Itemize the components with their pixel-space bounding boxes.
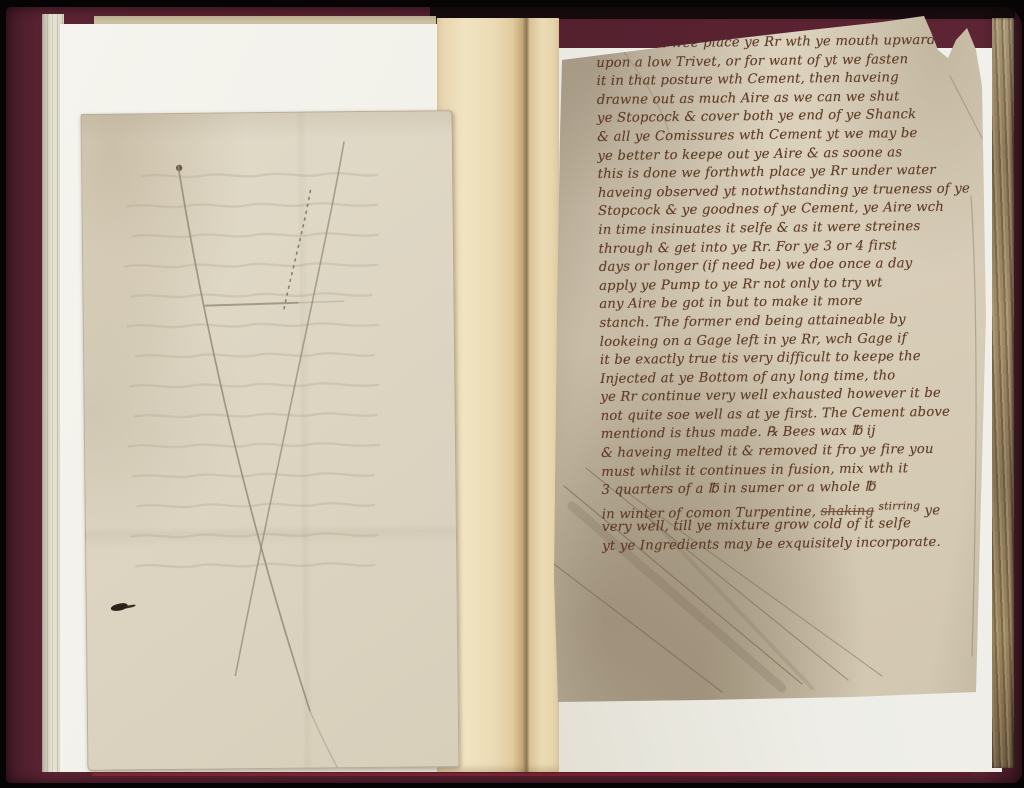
open-book-photograph: 14 First wee place ye Rr wth ye mouth up… xyxy=(0,0,1024,788)
left-manuscript-leaf xyxy=(81,110,460,771)
cover-bottom-edge xyxy=(92,773,970,776)
manuscript-text: First wee place ye Rr wth ye mouth upwar… xyxy=(596,31,980,556)
manuscript-line: in winter of comon Turpentine, shaking s… xyxy=(602,496,980,519)
fore-edge-page-block xyxy=(992,18,1014,768)
right-manuscript-leaf: 14 First wee place ye Rr wth ye mouth up… xyxy=(552,16,992,702)
pencil-cross-marks xyxy=(82,111,459,770)
